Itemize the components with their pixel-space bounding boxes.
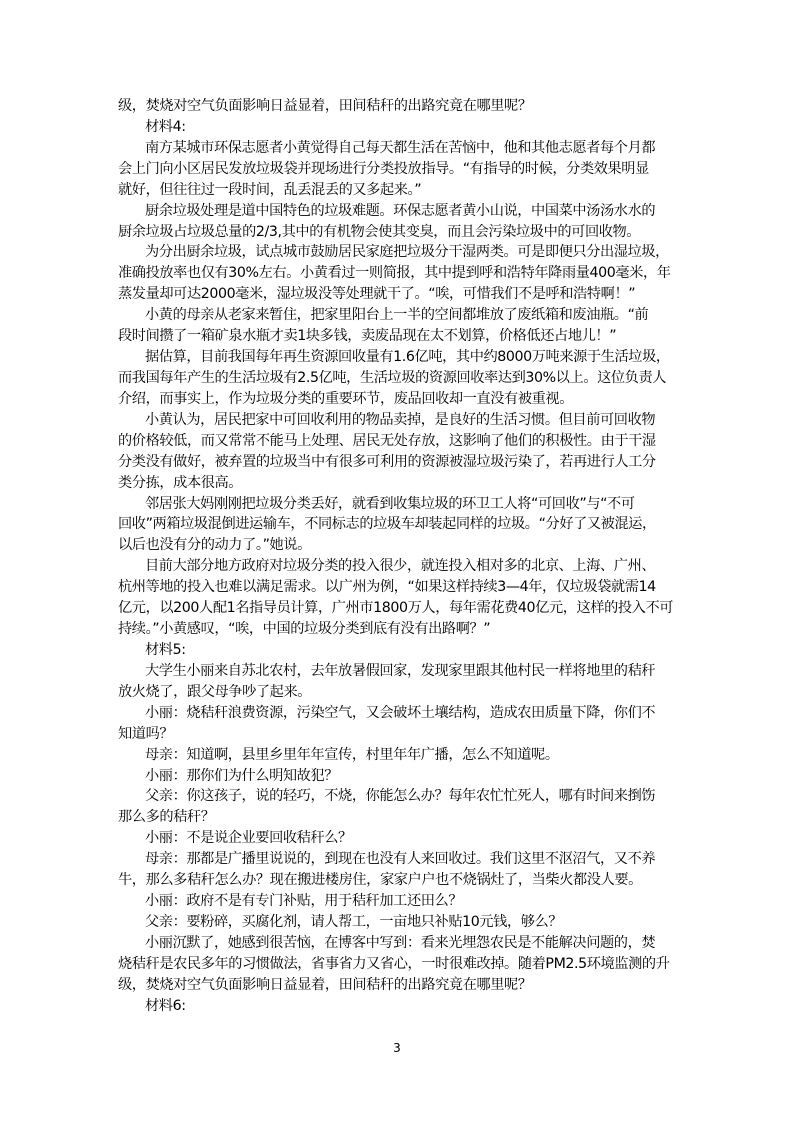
text-line: 放火烧了，跟父母争吵了起来。 [118,682,688,703]
text-line: 父亲：你这孩子，说的轻巧，不烧，你能怎么办？每年农忙忙死人，哪有时间来捯饬 [118,786,688,807]
document-body: 级，焚烧对空气负面影响日益显着，田间秸秆的出路究竟在哪里呢？材料4:南方某城市环… [118,96,688,1017]
text-line: 那么多的秸秆？ [118,807,688,828]
text-line: 小丽：政府不是有专门补贴，用于秸秆加工还田么？ [118,891,688,912]
text-line: 邻居张大妈刚刚把垃圾分类丢好，就看到收集垃圾的环卫工人将“可回收”与“不可 [118,494,688,515]
text-line: 目前大部分地方政府对垃圾分类的投入很少，就连投入相对多的北京、上海、广州、 [118,556,688,577]
text-line: 父亲：要粉碎，买腐化剂，请人帮工，一亩地只补贴10元钱，够么？ [118,912,688,933]
text-line: 准确投放率也仅有30%左右。小黄看过一则简报，其中提到呼和浩特年降雨量400毫米… [118,263,688,284]
text-line: 母亲：知道啊，县里乡里年年宣传，村里年年广播，怎么不知道呢。 [118,745,688,766]
text-line: 就好，但往往过一段时间，乱丢混丢的又多起来。” [118,180,688,201]
text-line: 小黄的母亲从老家来暂住，把家里阳台上一半的空间都堆放了废纸箱和废油瓶。“前 [118,305,688,326]
text-line: 回收”两箱垃圾混倒进运输车，不同标志的垃圾车却装起同样的垃圾。“分好了又被混运， [118,514,688,535]
text-line: 大学生小丽来自苏北农村，去年放暑假回家，发现家里跟其他村民一样将地里的秸秆 [118,661,688,682]
text-line: 厨余垃圾占垃圾总量的2/3,其中的有机物会使其变臭，而且会污染垃圾中的可回收物。 [118,222,688,243]
text-line: 类分拣，成本很高。 [118,473,688,494]
text-line: 的价格较低，而又常常不能马上处理、居民无处存放，这影响了他们的积极性。由于干湿 [118,431,688,452]
text-line: 亿元，以200人配1名指导员计算，广州市1800万人，每年需花费40亿元，这样的… [118,598,688,619]
text-line: 小黄认为，居民把家中可回收利用的物品卖掉，是良好的生活习惯。但目前可回收物 [118,410,688,431]
text-line: 级，焚烧对空气负面影响日益显着，田间秸秆的出路究竟在哪里呢？ [118,975,688,996]
text-line: 厨余垃圾处理是道中国特色的垃圾难题。环保志愿者黄小山说，中国菜中汤汤水水的 [118,201,688,222]
text-line: 为分出厨余垃圾，试点城市鼓励居民家庭把垃圾分干湿两类。可是即便只分出湿垃圾， [118,242,688,263]
text-line: 蒸发量却可达2000毫米，湿垃圾没等处理就干了。“唉，可惜我们不是呼和浩特啊！” [118,284,688,305]
text-line: 烧秸秆是农民多年的习惯做法，省事省力又省心，一时很难改掉。随着PM2.5环境监测… [118,954,688,975]
text-line: 分类没有做好，被弃置的垃圾当中有很多可利用的资源被湿垃圾污染了，若再进行人工分 [118,452,688,473]
text-line: 小丽：烧秸秆浪费资源，污染空气，又会破坏土壤结构，造成农田质量下降，你们不 [118,703,688,724]
text-line: 牛，那么多秸秆怎么办？现在搬进楼房住，家家户户也不烧锅灶了，当柴火都没人要。 [118,870,688,891]
page-number: 3 [0,1041,794,1055]
text-line: 小丽：那你们为什么明知故犯？ [118,766,688,787]
text-line: 持续。”小黄感叹，“唉，中国的垃圾分类到底有没有出路啊？” [118,619,688,640]
text-line: 而我国每年产生的生活垃圾有2.5亿吨，生活垃圾的资源回收率达到30%以上。这位负… [118,368,688,389]
text-line: 会上门向小区居民发放垃圾袋并现场进行分类投放指导。“有指导的时候，分类效果明显 [118,159,688,180]
text-line: 材料4: [118,117,688,138]
text-line: 段时间攒了一箱矿泉水瓶才卖1块多钱，卖废品现在太不划算，价格低还占地儿！” [118,326,688,347]
text-line: 级，焚烧对空气负面影响日益显着，田间秸秆的出路究竟在哪里呢？ [118,96,688,117]
text-line: 杭州等地的投入也难以满足需求。以广州为例，“如果这样持续3—4年，仅垃圾袋就需1… [118,577,688,598]
text-line: 南方某城市环保志愿者小黄觉得自己每天都生活在苦恼中，他和其他志愿者每个月都 [118,138,688,159]
text-line: 母亲：那都是广播里说说的，到现在也没有人来回收过。我们这里不沤沼气，又不养 [118,849,688,870]
text-line: 材料5: [118,640,688,661]
text-line: 材料6: [118,996,688,1017]
text-line: 据估算，目前我国每年再生资源回收量有1.6亿吨，其中约8000万吨来源于生活垃圾… [118,347,688,368]
text-line: 知道吗？ [118,724,688,745]
text-line: 以后也没有分的动力了。”她说。 [118,535,688,556]
text-line: 小丽沉默了，她感到很苦恼，在博客中写到：看来光埋怨农民是不能解决问题的，焚 [118,933,688,954]
text-line: 小丽：不是说企业要回收秸秆么？ [118,828,688,849]
text-line: 介绍，而事实上，作为垃圾分类的重要环节，废品回收却一直没有被重视。 [118,389,688,410]
